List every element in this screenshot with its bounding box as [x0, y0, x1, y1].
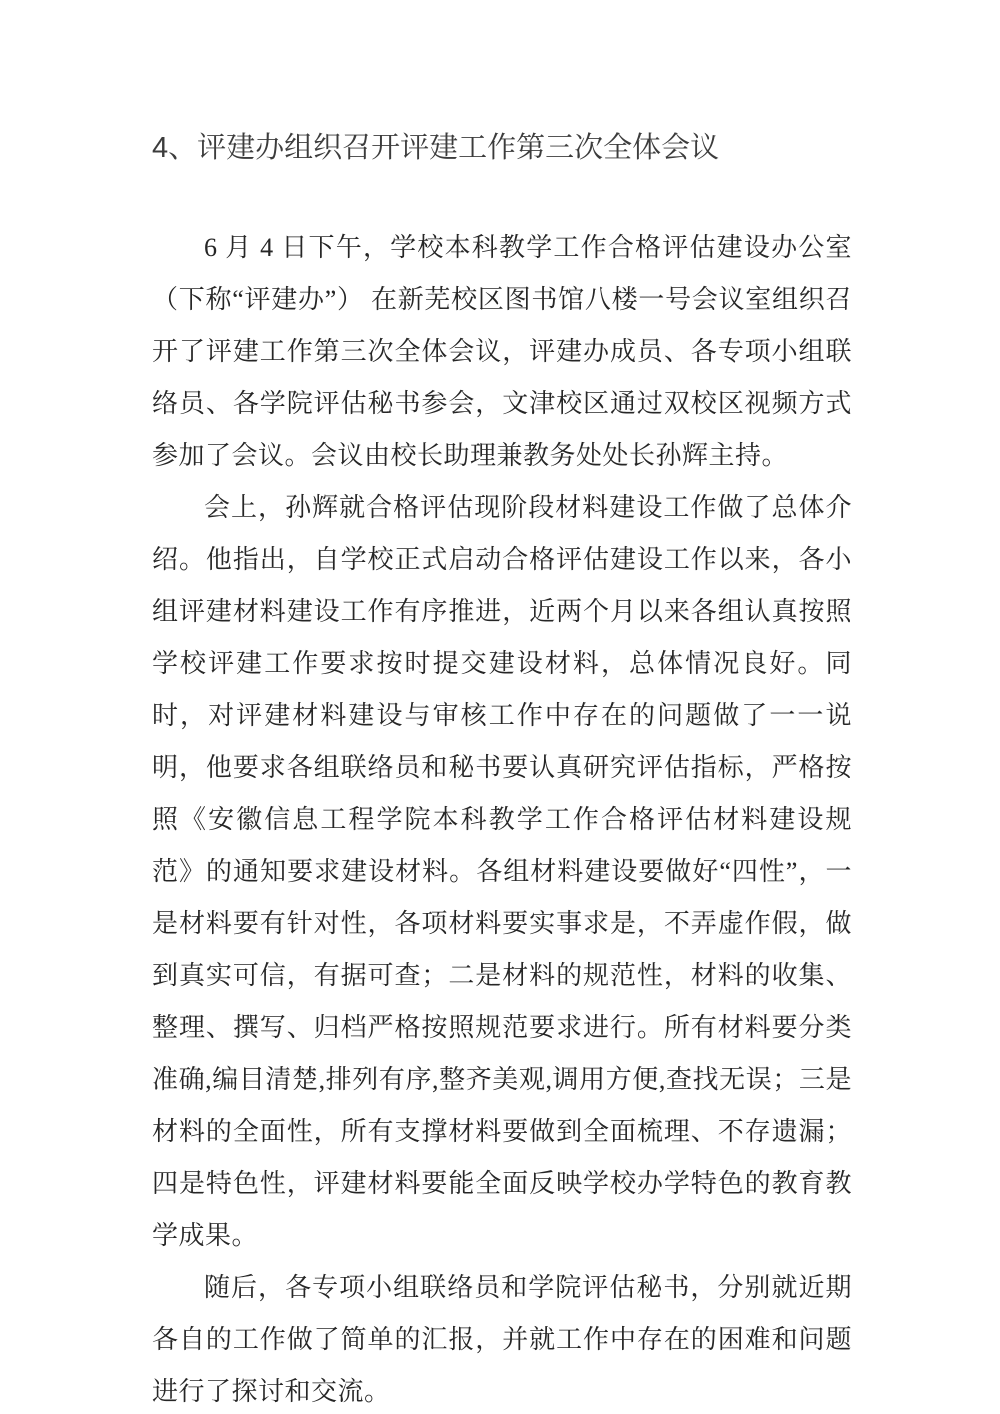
paragraph-reports-exchange: 随后，各专项小组联络员和学院评估秘书，分别就近期各自的工作做了简单的汇报，并就工… — [152, 1262, 852, 1414]
document-title: 4、评建办组织召开评建工作第三次全体会议 — [152, 128, 852, 168]
document-content: 4、评建办组织召开评建工作第三次全体会议 6 月 4 日下午，学校本科教学工作合… — [152, 128, 852, 1414]
document-body: 6 月 4 日下午，学校本科教学工作合格评估建设办公室（下称“评建办”） 在新芜… — [152, 222, 852, 1414]
paragraph-speech-details: 会上，孙辉就合格评估现阶段材料建设工作做了总体介绍。他指出，自学校正式启动合格评… — [152, 482, 852, 1262]
paragraph-meeting-overview: 6 月 4 日下午，学校本科教学工作合格评估建设办公室（下称“评建办”） 在新芜… — [152, 222, 852, 482]
document-page: 4、评建办组织召开评建工作第三次全体会议 6 月 4 日下午，学校本科教学工作合… — [0, 0, 1000, 1414]
